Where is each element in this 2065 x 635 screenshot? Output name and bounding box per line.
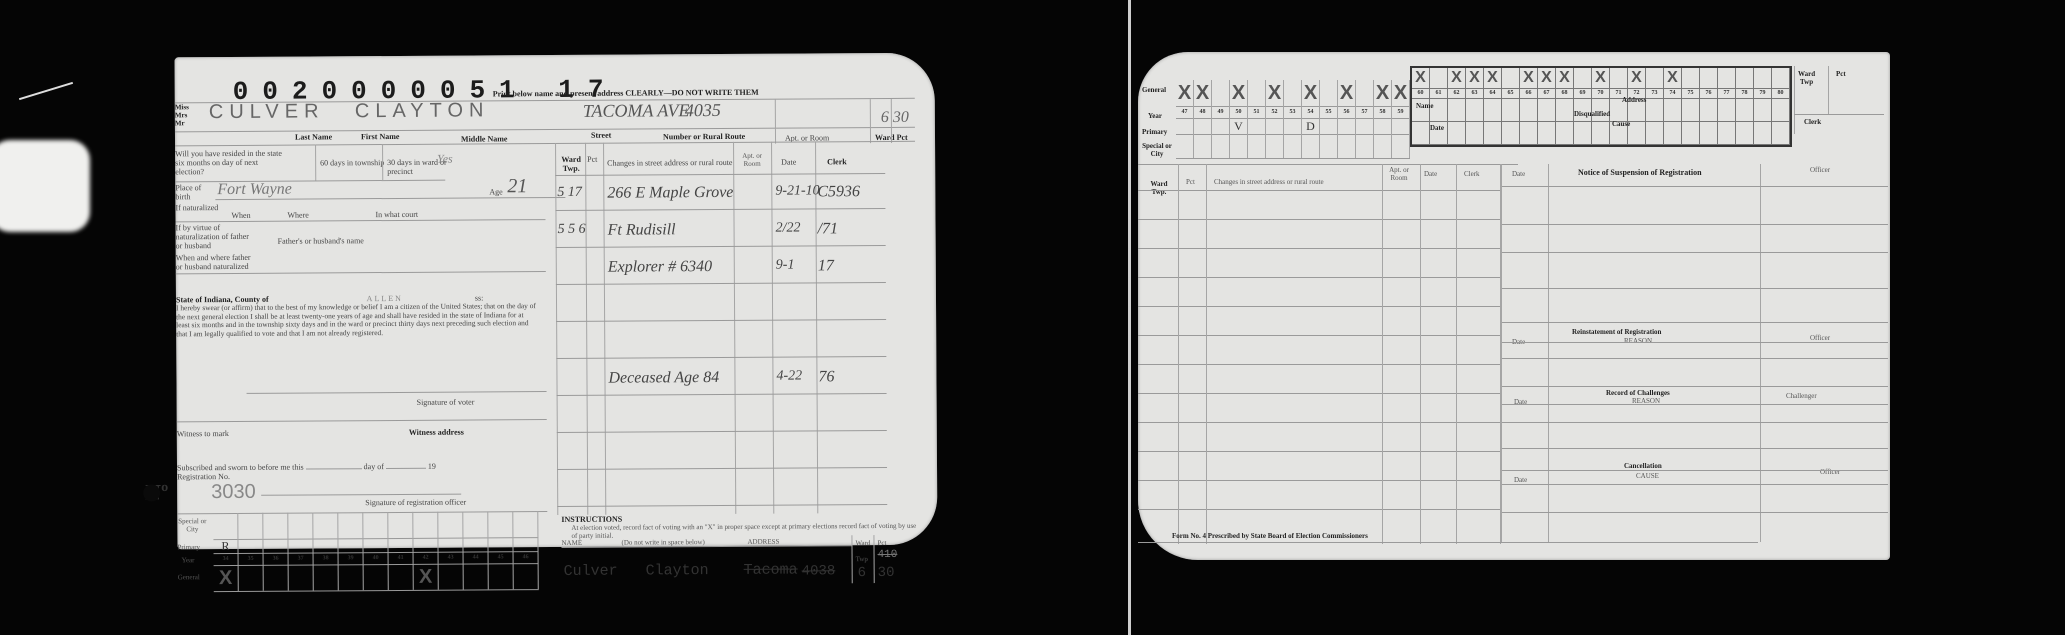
grid-cell	[464, 563, 489, 589]
grid-cell: X	[1266, 80, 1284, 106]
ward-pct-value: 6 30	[881, 109, 909, 127]
row-line	[555, 208, 885, 211]
grid-cell	[1212, 118, 1230, 134]
suspension-date-label: Date	[1512, 170, 1525, 178]
row-line	[557, 504, 887, 507]
grid-cell: 63	[1466, 89, 1484, 98]
back-special-label: Special or City	[1142, 142, 1172, 158]
grid-cell	[338, 512, 363, 538]
grid-cell: 68	[1556, 89, 1574, 98]
grid-cell: 45	[489, 551, 514, 563]
grid-cell: 52	[1266, 106, 1284, 118]
birthplace-value: Fort Wayne	[217, 181, 292, 199]
back-col-apt: Apt. or Room	[1384, 166, 1414, 182]
back-row-line	[1138, 451, 1500, 452]
grid-cell: 69	[1574, 89, 1592, 98]
front-col-pct: Pct	[587, 155, 597, 164]
front-col-ward: Ward Twp.	[557, 155, 585, 173]
row-line	[557, 467, 887, 470]
grid-cell: 42	[414, 552, 439, 564]
table-cell-address: Ft Rudisill	[608, 221, 676, 239]
grid-cell	[1392, 118, 1410, 134]
grid-cell	[1194, 134, 1212, 158]
grid-cell: X	[214, 565, 239, 591]
grid-cell	[1212, 80, 1230, 106]
parent-when-where-label: When and where father or husband natural…	[176, 253, 256, 271]
grid-cell	[1520, 122, 1538, 144]
grid-cell: 66	[1520, 89, 1538, 98]
grid-cell	[1646, 99, 1664, 121]
first-name-value: CLAYTON	[355, 99, 490, 123]
later-cause-label: Cause	[1612, 120, 1630, 128]
grid-cell: 48	[1194, 106, 1212, 118]
grid-cell	[438, 512, 463, 538]
grid-cell	[1610, 68, 1628, 88]
grid-cell	[488, 537, 513, 551]
section-line	[1502, 224, 1888, 225]
instructions-block: INSTRUCTIONS At election voted, record f…	[561, 513, 921, 540]
section-line	[1502, 470, 1888, 471]
grid-cell	[514, 563, 539, 589]
registration-card-front: 0020000051 17 Print below name and prese…	[175, 53, 938, 550]
voter-signature-label: Signature of voter	[417, 398, 475, 407]
grid-cell: 59	[1392, 106, 1410, 118]
back-grid-row-special	[1176, 134, 1410, 159]
back-row-line	[1138, 248, 1500, 249]
grid-cell	[1356, 80, 1374, 106]
front-primary-label: Primary	[177, 543, 200, 551]
grid-cell: 41	[389, 552, 414, 564]
grid-cell: X	[1628, 68, 1646, 88]
row-line	[556, 245, 886, 248]
grid-cell	[463, 537, 488, 551]
grid-cell: X	[1520, 68, 1538, 88]
grid-cell	[1374, 134, 1392, 158]
grid-cell: 55	[1320, 106, 1338, 118]
front-col-date: Date	[781, 158, 796, 167]
grid-cell	[339, 564, 364, 590]
grid-cell: 53	[1284, 106, 1302, 118]
back-col-address: Changes in street address or rural route	[1214, 178, 1324, 186]
section-line	[1502, 484, 1888, 485]
last-name-label: Last Name	[295, 132, 332, 141]
back-col-date: Date	[1424, 170, 1437, 178]
grid-cell	[1754, 68, 1772, 88]
grid-cell	[313, 512, 338, 538]
middle-name-label: Middle Name	[461, 134, 507, 143]
grid-cell	[413, 538, 438, 552]
grid-cell	[238, 513, 263, 539]
grid-cell	[1502, 122, 1520, 144]
house-number-value: 4035	[685, 100, 721, 121]
reinstatement-reason-label: REASON	[1624, 337, 1652, 345]
row-line	[556, 319, 886, 322]
grid-cell: X	[1484, 68, 1502, 88]
grid-cell	[438, 538, 463, 552]
back-general-label: General	[1142, 86, 1166, 94]
typed-pct-old: 410	[878, 549, 898, 561]
grid-cell	[1736, 68, 1754, 88]
back-col-line	[1456, 164, 1457, 544]
later-name-label: Name	[1416, 102, 1434, 110]
age-value: 21	[507, 175, 527, 198]
grid-cell: X	[1338, 80, 1356, 106]
back-primary-label: Primary	[1142, 128, 1167, 136]
later-pct-label: Pct	[1836, 70, 1846, 78]
grid-cell: 36	[264, 553, 289, 565]
typed-first-name: Clayton	[646, 562, 709, 579]
table-cell-ward: 5 5 6	[558, 222, 586, 238]
grid-cell	[213, 513, 238, 539]
number-label: Number or Rural Route	[663, 132, 745, 142]
registration-card-back: General Year Primary Special or City XXX…	[1138, 52, 1890, 560]
grid-cell	[388, 538, 413, 552]
grid-cell: 47	[1176, 106, 1194, 118]
back-row-line	[1138, 190, 1500, 191]
grid-cell	[1248, 80, 1266, 106]
grid-cell: X	[1592, 68, 1610, 88]
footer-twp-label: Twp	[856, 555, 868, 563]
table-cell-date: 9-21-10	[775, 183, 819, 199]
reinstatement-officer-label: Officer	[1810, 334, 1830, 342]
grid-cell	[263, 513, 288, 539]
grid-cell	[1448, 99, 1466, 121]
witness-mark-label: Witness to mark	[177, 429, 229, 438]
suspension-officer-label: Officer	[1810, 166, 1830, 174]
later-disqualified-label: Disqualified	[1574, 110, 1610, 118]
later-grid-row-year: 6061626364656667686970717273747576777879…	[1412, 89, 1790, 99]
grid-cell	[313, 538, 338, 552]
film-light-artifact	[0, 140, 90, 232]
grid-cell	[1736, 99, 1754, 121]
section-line	[1502, 342, 1888, 343]
back-grid-row-primary: VD	[1176, 118, 1410, 135]
grid-cell	[1448, 122, 1466, 144]
witness-address-label: Witness address	[409, 428, 464, 437]
later-clerk-label: Clerk	[1804, 118, 1821, 126]
grid-cell: X	[1538, 68, 1556, 88]
later-date-label: Date	[1430, 124, 1444, 132]
registrar-signature-label: Signature of registration officer	[365, 498, 466, 508]
back-col-line	[1178, 164, 1179, 544]
grid-cell	[1248, 118, 1266, 134]
grid-cell	[439, 564, 464, 590]
grid-cell: 58	[1374, 106, 1392, 118]
grid-cell: 35	[239, 553, 264, 565]
grid-cell: 38	[314, 552, 339, 564]
section-line	[1502, 252, 1888, 253]
front-special-label: Special or City	[177, 517, 207, 533]
grid-cell: 79	[1754, 89, 1772, 98]
grid-cell	[1772, 99, 1790, 121]
section-line	[1502, 186, 1888, 187]
back-row-line	[1138, 219, 1500, 220]
front-col-clerk: Clerk	[827, 157, 847, 166]
grid-cell	[1338, 134, 1356, 158]
row-line	[557, 393, 887, 396]
grid-cell	[1700, 68, 1718, 88]
last-name-value: CULVER	[209, 100, 325, 124]
back-col-line	[1382, 164, 1383, 544]
grid-cell	[364, 564, 389, 590]
grid-cell	[388, 512, 413, 538]
street-value: TACOMA AVE	[583, 100, 690, 122]
grid-cell: 37	[289, 552, 314, 564]
birthplace-label: Place of birth	[175, 183, 215, 201]
grid-cell: 54	[1302, 106, 1320, 118]
grid-cell	[1392, 134, 1410, 158]
grid-cell: D	[1302, 118, 1320, 134]
grid-cell	[1284, 134, 1302, 158]
grid-cell	[1466, 122, 1484, 144]
typed-pct: 30	[878, 565, 895, 581]
grid-cell: 44	[464, 551, 489, 563]
table-cell-clerk: 76	[818, 368, 834, 386]
grid-cell	[1502, 99, 1520, 121]
suspension-title: Notice of Suspension of Registration	[1578, 168, 1702, 177]
section-line	[1502, 422, 1888, 423]
later-ward-label: Ward	[1798, 70, 1815, 78]
grid-cell: 46	[514, 551, 539, 563]
grid-cell	[1356, 134, 1374, 158]
grid-cell	[1538, 122, 1556, 144]
cancellation-cause-label: CAUSE	[1636, 472, 1659, 480]
grid-cell: 51	[1248, 106, 1266, 118]
typed-last-name: Culver	[564, 563, 618, 580]
grid-cell	[1646, 122, 1664, 144]
grid-cell: 78	[1736, 89, 1754, 98]
reinstatement-title: Reinstatement of Registration	[1572, 328, 1661, 336]
footer-pct-label: Pct	[877, 539, 886, 547]
grid-cell	[389, 564, 414, 590]
grid-cell	[1248, 134, 1266, 158]
grid-cell	[1682, 122, 1700, 144]
grid-cell	[413, 512, 438, 538]
grid-cell	[1538, 99, 1556, 121]
grid-cell: 34	[214, 553, 239, 565]
grid-cell: 43	[439, 552, 464, 564]
naturalized-where-label: Where	[287, 211, 308, 220]
grid-cell	[1176, 134, 1194, 158]
section-line	[1502, 288, 1888, 289]
grid-cell	[1320, 134, 1338, 158]
grid-cell: 75	[1682, 89, 1700, 98]
back-col-clerk: Clerk	[1464, 170, 1480, 178]
grid-cell	[338, 538, 363, 552]
grid-cell: X	[1392, 80, 1410, 106]
grid-cell	[1484, 99, 1502, 121]
grid-cell	[1356, 118, 1374, 134]
grid-cell	[1176, 118, 1194, 134]
grid-cell	[1502, 68, 1520, 88]
grid-cell: R	[213, 539, 238, 553]
naturalized-court-label: In what court	[375, 210, 418, 219]
back-row-line	[1138, 480, 1500, 481]
grid-cell	[1628, 122, 1646, 144]
grid-cell: X	[1412, 68, 1430, 88]
punch-hole	[143, 484, 160, 501]
front-col-apt: Apt. or Room	[735, 152, 769, 168]
parent-name-label: Father's or husband's name	[278, 236, 364, 246]
back-row-line	[1138, 277, 1500, 278]
grid-cell	[1194, 118, 1212, 134]
grid-cell: X	[1302, 80, 1320, 106]
section-line	[1502, 448, 1888, 449]
grid-cell	[1664, 122, 1682, 144]
grid-cell: 60	[1412, 89, 1430, 98]
front-grid-row-general: XX	[214, 563, 539, 592]
section-line	[1502, 512, 1888, 513]
grid-cell	[1556, 122, 1574, 144]
grid-cell: 73	[1646, 89, 1664, 98]
grid-cell	[289, 564, 314, 590]
grid-cell: 65	[1502, 89, 1520, 98]
table-cell-address: Deceased Age 84	[608, 369, 719, 388]
grid-cell	[1718, 122, 1736, 144]
grid-cell	[1266, 134, 1284, 158]
grid-cell	[1592, 122, 1610, 144]
grid-cell	[1772, 122, 1790, 144]
naturalized-when-label: When	[231, 211, 250, 220]
section-line	[1502, 404, 1888, 405]
table-cell-address: Explorer # 6340	[608, 258, 712, 277]
grid-cell	[1284, 118, 1302, 134]
table-cell-date: 4-22	[776, 368, 802, 384]
back-grid-row-general: XXXXXXXX	[1176, 80, 1410, 107]
form-footer: Form No. 4 Prescribed by State Board of …	[1172, 532, 1368, 540]
grid-cell	[1772, 68, 1790, 88]
back-col-ward: Ward Twp.	[1144, 180, 1174, 196]
grid-cell	[1484, 122, 1502, 144]
instructions-name-label: NAME	[561, 539, 582, 547]
table-cell-clerk: /71	[818, 220, 839, 238]
grid-cell: 40	[364, 552, 389, 564]
section-line	[1502, 322, 1888, 323]
back-col-line	[1206, 164, 1207, 544]
grid-cell: 57	[1356, 106, 1374, 118]
back-year-label: Year	[1148, 112, 1162, 120]
grid-cell	[1212, 134, 1230, 158]
grid-cell	[1754, 122, 1772, 144]
table-cell-ward: 5 17	[557, 185, 582, 201]
challenges-title: Record of Challenges	[1606, 389, 1670, 397]
back-row-line	[1138, 306, 1500, 307]
grid-cell	[264, 565, 289, 591]
grid-cell	[1320, 118, 1338, 134]
grid-cell: X	[1448, 68, 1466, 88]
grid-cell: 64	[1484, 89, 1502, 98]
table-cell-address: 266 E Maple Grove	[607, 184, 733, 203]
grid-cell: 67	[1538, 89, 1556, 98]
residence-question: Will you have resided in the state six m…	[175, 149, 285, 177]
grid-cell: X	[1556, 68, 1574, 88]
header-instruction: Print below name and present address CLE…	[493, 88, 759, 99]
front-changes-rows: 5 17266 E Maple Grove9-21-10C59365 5 6Ft…	[175, 53, 935, 58]
later-twp-label: Twp	[1800, 78, 1813, 86]
grid-cell	[314, 564, 339, 590]
grid-cell: 76	[1700, 89, 1718, 98]
grid-cell	[1302, 134, 1320, 158]
section-line	[1502, 386, 1888, 387]
grid-cell: 70	[1592, 89, 1610, 98]
footer-ward-label: Ward	[855, 539, 870, 547]
back-row-line	[1138, 393, 1500, 394]
grid-cell	[1266, 118, 1284, 134]
back-row-line	[1138, 364, 1500, 365]
grid-cell	[238, 539, 263, 553]
grid-cell	[363, 538, 388, 552]
title-labels: Miss Mrs Mr	[175, 103, 189, 127]
grid-cell	[1574, 122, 1592, 144]
grid-cell	[513, 537, 538, 551]
grid-cell	[1664, 99, 1682, 121]
grid-cell: 62	[1448, 89, 1466, 98]
grid-cell	[1682, 99, 1700, 121]
later-grid-row-general: XXXXXXXXXX	[1412, 68, 1790, 89]
row-line	[557, 430, 887, 433]
grid-cell	[1646, 68, 1664, 88]
table-cell-date: 9-1	[776, 258, 795, 274]
grid-cell	[1736, 122, 1754, 144]
grid-cell: V	[1230, 118, 1248, 134]
typed-number: 4038	[802, 563, 836, 579]
grid-cell	[1338, 118, 1356, 134]
typed-ward: 6	[858, 565, 867, 581]
grid-cell	[1466, 99, 1484, 121]
grid-cell: X	[1194, 80, 1212, 106]
row-line	[556, 356, 886, 359]
grid-cell: X	[1664, 68, 1682, 88]
age-label: Age	[489, 187, 502, 196]
ward-residence-label: 30 days in ward or precinct	[387, 158, 467, 176]
grid-cell	[363, 512, 388, 538]
registration-number: 3030	[211, 481, 256, 504]
naturalized-label: If naturalized	[175, 203, 225, 212]
grid-cell	[1412, 122, 1430, 144]
grid-cell	[513, 511, 538, 537]
subscribed-label: Subscribed and sworn to before me this d…	[177, 462, 436, 473]
back-row-line	[1138, 335, 1500, 336]
typed-street: Tacoma	[744, 562, 798, 579]
ward-residence-value: Yes	[437, 152, 453, 167]
front-year-label: Year	[182, 556, 195, 564]
table-cell-clerk: C5936	[817, 183, 860, 201]
grid-cell	[1754, 99, 1772, 121]
grid-cell	[1320, 80, 1338, 106]
grid-cell	[1230, 134, 1248, 158]
table-cell-date: 2/22	[776, 221, 801, 237]
grid-cell: 56	[1338, 106, 1356, 118]
grid-cell: X	[1374, 80, 1392, 106]
grid-cell	[1700, 99, 1718, 121]
front-grid-row-special	[213, 511, 538, 540]
grid-cell	[263, 539, 288, 553]
back-col-pct: Pct	[1186, 178, 1195, 186]
back-row-line	[1138, 422, 1500, 423]
grid-cell: X	[1466, 68, 1484, 88]
grid-cell	[1700, 122, 1718, 144]
street-label: Street	[591, 131, 611, 140]
registration-no-label: Registration No.	[177, 472, 230, 481]
grid-cell: 77	[1718, 89, 1736, 98]
township-label: 60 days in township	[320, 158, 390, 167]
film-scratch	[19, 82, 73, 100]
grid-cell	[1430, 68, 1448, 88]
later-address-label: Address	[1622, 96, 1646, 104]
challenges-challenger-label: Challenger	[1786, 392, 1817, 400]
grid-cell	[239, 565, 264, 591]
grid-cell: 49	[1212, 106, 1230, 118]
